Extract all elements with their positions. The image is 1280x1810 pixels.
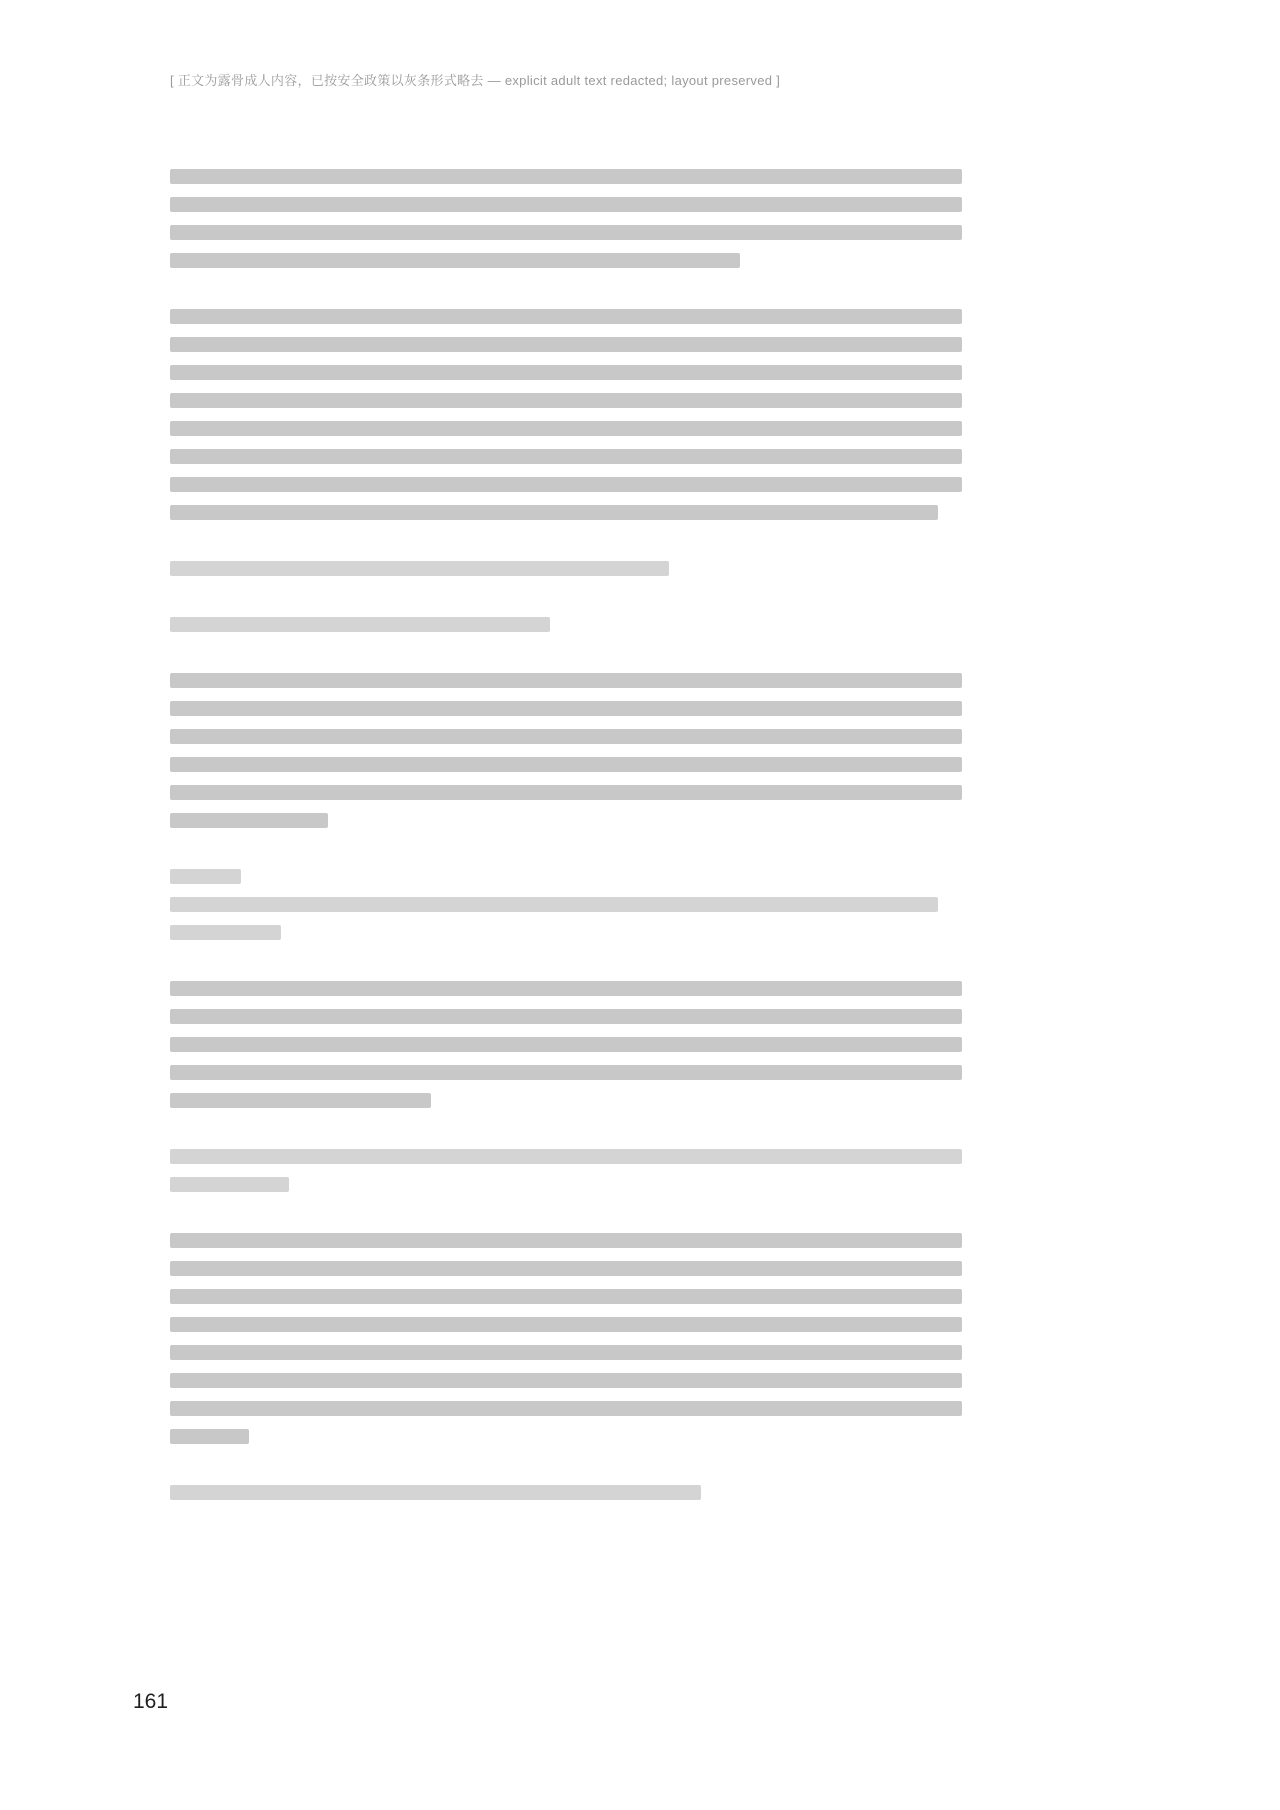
redaction-bar — [170, 813, 328, 828]
redacted-text-line — [170, 694, 962, 722]
redaction-bar — [170, 365, 962, 380]
redaction-bar — [170, 421, 962, 436]
paragraph-7-narration-redacted — [170, 974, 962, 1114]
redacted-text-line — [170, 1310, 962, 1338]
redaction-bar — [170, 1093, 431, 1108]
redacted-text-line — [170, 1086, 962, 1114]
redaction-bar — [170, 757, 962, 772]
redacted-text-line — [170, 330, 962, 358]
redaction-bar — [170, 253, 740, 268]
redaction-bar — [170, 477, 962, 492]
redacted-text-line — [170, 1478, 962, 1506]
redaction-bar — [170, 925, 281, 940]
redacted-text-line — [170, 414, 962, 442]
redaction-bar — [170, 505, 938, 520]
redaction-bar — [170, 1037, 962, 1052]
redacted-text-line — [170, 386, 962, 414]
document-page: [ 正文为露骨成人内容，已按安全政策以灰条形式略去 — explicit adu… — [0, 0, 1280, 1810]
redaction-bar — [170, 337, 962, 352]
redaction-bar — [170, 1401, 962, 1416]
paragraph-8-dialogue-redacted — [170, 1142, 962, 1198]
redacted-text-line — [170, 610, 962, 638]
redacted-text-line — [170, 862, 962, 890]
redaction-bar — [170, 1233, 962, 1248]
redaction-note: [ 正文为露骨成人内容，已按安全政策以灰条形式略去 — explicit adu… — [170, 70, 962, 89]
redacted-text-line — [170, 1170, 962, 1198]
redacted-text-line — [170, 218, 962, 246]
redaction-bar — [170, 729, 962, 744]
redacted-text-line — [170, 918, 962, 946]
redaction-bar — [170, 225, 962, 240]
redacted-text-line — [170, 890, 962, 918]
redaction-bar — [170, 1177, 289, 1192]
redacted-text-line — [170, 1142, 962, 1170]
redacted-text-line — [170, 1030, 962, 1058]
redacted-text-line — [170, 974, 962, 1002]
redaction-bar — [170, 897, 938, 912]
paragraph-6-dialogue-redacted — [170, 862, 962, 946]
paragraph-9-narration-redacted — [170, 1226, 962, 1450]
redacted-text-line — [170, 162, 962, 190]
redacted-text-line — [170, 1282, 962, 1310]
redaction-bar — [170, 1345, 962, 1360]
redaction-bar — [170, 869, 241, 884]
paragraph-3-dialogue-redacted — [170, 554, 962, 582]
redacted-text-line — [170, 806, 962, 834]
redacted-text-line — [170, 470, 962, 498]
redacted-text-line — [170, 442, 962, 470]
redaction-bar — [170, 1429, 249, 1444]
redacted-text-line — [170, 302, 962, 330]
redacted-text-line — [170, 722, 962, 750]
page-number: 161 — [133, 1690, 168, 1714]
redacted-text-line — [170, 778, 962, 806]
redacted-text-line — [170, 498, 962, 526]
redaction-bar — [170, 309, 962, 324]
redacted-text-line — [170, 358, 962, 386]
redaction-bar — [170, 1485, 701, 1500]
redacted-text-line — [170, 1226, 962, 1254]
redaction-bar — [170, 673, 962, 688]
paragraph-4-dialogue-redacted — [170, 610, 962, 638]
redaction-bar — [170, 561, 669, 576]
text-block — [170, 162, 962, 1534]
redaction-bar — [170, 785, 962, 800]
redaction-bar — [170, 449, 962, 464]
redaction-bar — [170, 617, 550, 632]
redacted-text-line — [170, 1394, 962, 1422]
redacted-text-line — [170, 1002, 962, 1030]
redaction-bar — [170, 1009, 962, 1024]
redaction-bar — [170, 1261, 962, 1276]
redaction-bar — [170, 393, 962, 408]
paragraph-1-narration-redacted — [170, 162, 962, 274]
redaction-bar — [170, 1289, 962, 1304]
redaction-bar — [170, 169, 962, 184]
redacted-text-line — [170, 1338, 962, 1366]
redacted-text-line — [170, 750, 962, 778]
paragraph-10-dialogue-redacted — [170, 1478, 962, 1506]
redaction-bar — [170, 1149, 962, 1164]
redaction-bar — [170, 701, 962, 716]
redacted-text-line — [170, 190, 962, 218]
redacted-text-line — [170, 1058, 962, 1086]
redacted-text-line — [170, 1422, 962, 1450]
paragraph-5-narration-redacted — [170, 666, 962, 834]
redaction-bar — [170, 197, 962, 212]
redaction-bar — [170, 981, 962, 996]
redacted-text-line — [170, 1254, 962, 1282]
redaction-bar — [170, 1373, 962, 1388]
redaction-bar — [170, 1317, 962, 1332]
redacted-text-line — [170, 246, 962, 274]
redacted-text-line — [170, 554, 962, 582]
redacted-text-line — [170, 1366, 962, 1394]
redacted-text-line — [170, 666, 962, 694]
paragraph-2-narration-redacted — [170, 302, 962, 526]
redaction-bar — [170, 1065, 962, 1080]
